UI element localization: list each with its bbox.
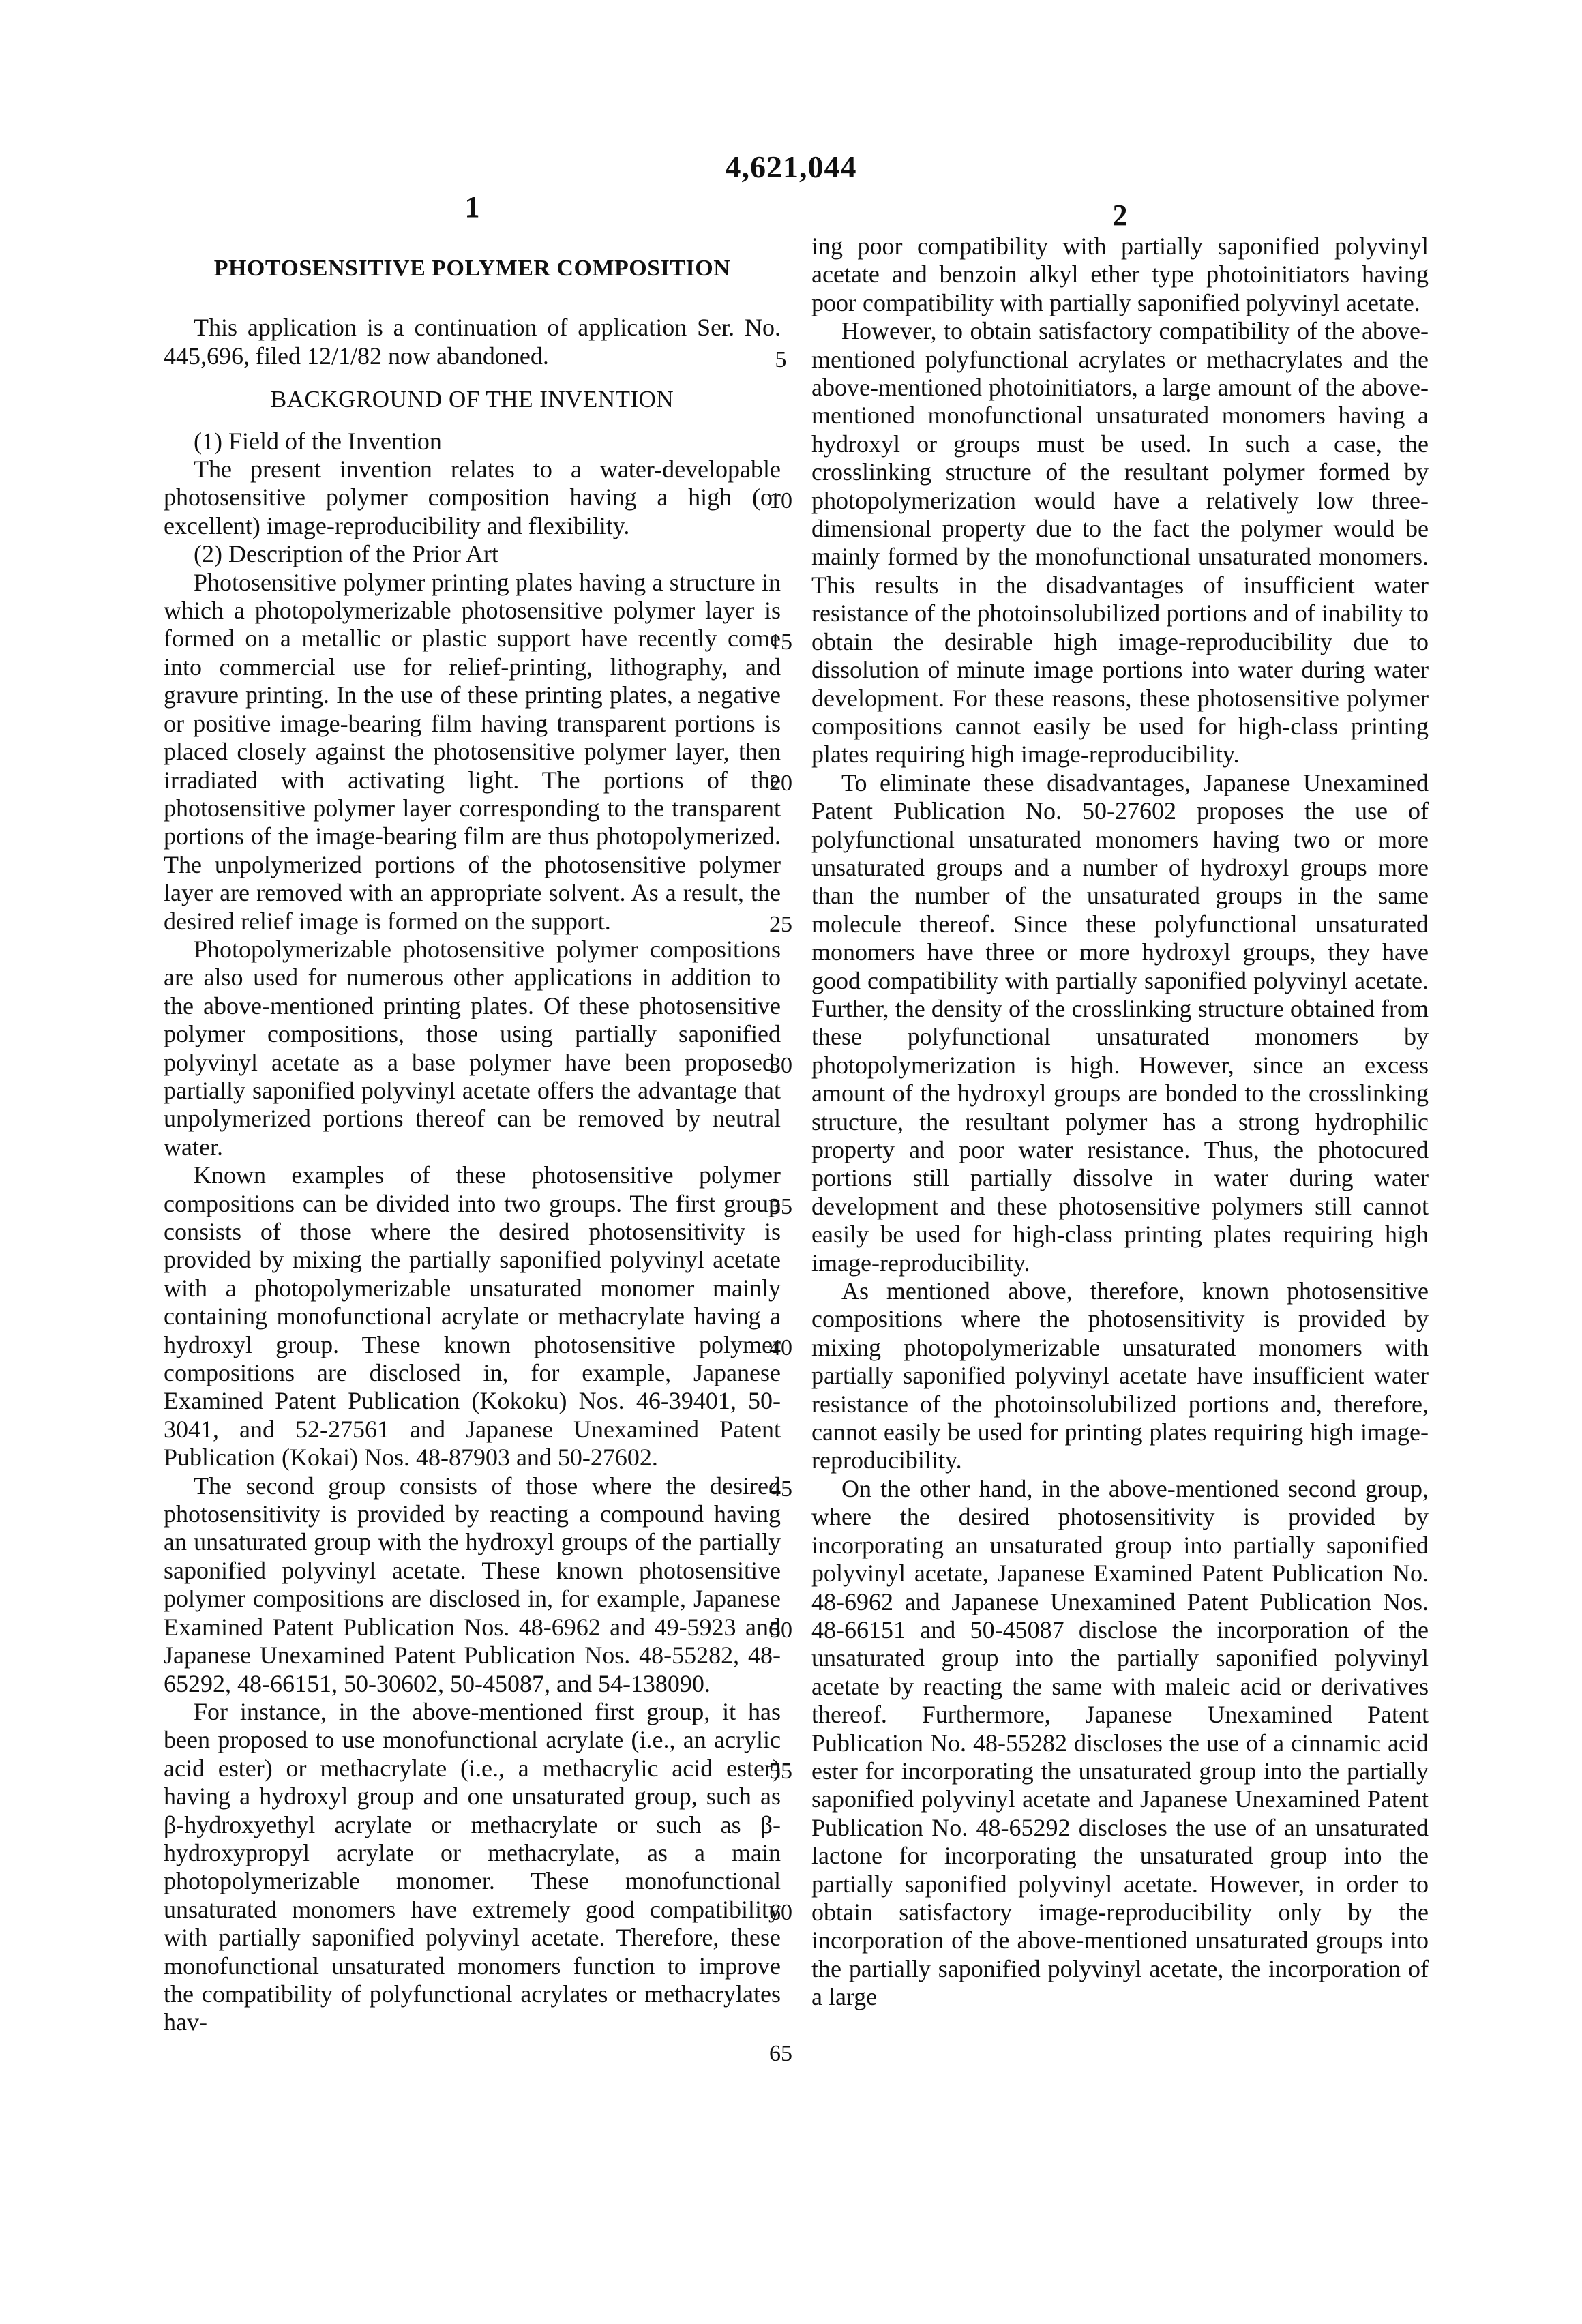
line-number: 25: [753, 910, 808, 938]
paragraph: Known examples of these photosensitive p…: [164, 1161, 781, 1472]
line-number: 40: [753, 1334, 808, 1362]
line-number: 20: [753, 769, 808, 797]
line-number: 30: [753, 1052, 808, 1079]
paragraph: To eliminate these disadvantages, Japane…: [811, 769, 1429, 1277]
line-number: 10: [753, 487, 808, 515]
paragraph: As mentioned above, therefore, known pho…: [811, 1277, 1429, 1475]
paragraph: (2) Description of the Prior Art: [164, 540, 781, 568]
line-number: 55: [753, 1757, 808, 1785]
paragraph: Photosensitive polymer printing plates h…: [164, 569, 781, 936]
right-column: ing poor compatibility with partially sa…: [811, 233, 1429, 2012]
paragraph: On the other hand, in the above-mentione…: [811, 1475, 1429, 2012]
line-number: 65: [753, 2040, 808, 2068]
line-number: 5: [753, 346, 808, 374]
line-number: 50: [753, 1616, 808, 1644]
patent-number: 4,621,044: [0, 149, 1582, 185]
left-column: PHOTOSENSITIVE POLYMER COMPOSITIONThis a…: [164, 233, 781, 2037]
section-heading: BACKGROUND OF THE INVENTION: [164, 385, 781, 413]
document-title: PHOTOSENSITIVE POLYMER COMPOSITION: [164, 254, 781, 282]
paragraph: However, to obtain satisfactory compatib…: [811, 317, 1429, 769]
paragraph: (1) Field of the Invention: [164, 428, 781, 456]
patent-page: 4,621,044 1 2 PHOTOSENSITIVE POLYMER COM…: [0, 0, 1582, 2324]
paragraph: For instance, in the above-mentioned fir…: [164, 1698, 781, 2037]
column-number-left: 1: [164, 190, 781, 224]
paragraph: The present invention relates to a water…: [164, 456, 781, 540]
line-number: 60: [753, 1898, 808, 1926]
line-number: 35: [753, 1193, 808, 1221]
column-number-right: 2: [811, 198, 1429, 233]
paragraph: Photopolymerizable photosensitive polyme…: [164, 936, 781, 1161]
paragraph: The second group consists of those where…: [164, 1472, 781, 1698]
line-number: 45: [753, 1475, 808, 1503]
paragraph: ing poor compatibility with partially sa…: [811, 233, 1429, 317]
line-number: 15: [753, 628, 808, 656]
paragraph: This application is a continuation of ap…: [164, 314, 781, 370]
